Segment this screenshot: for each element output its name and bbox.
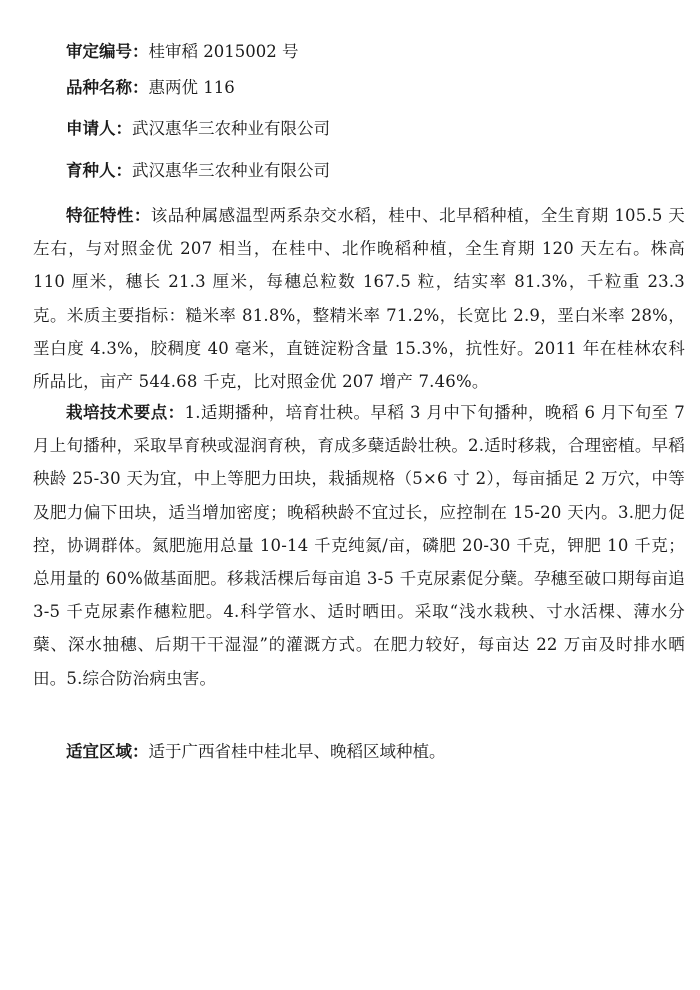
breeder-value: 武汉惠华三农种业有限公司	[132, 161, 330, 180]
cultivation-label: 栽培技术要点：	[66, 403, 185, 422]
cultivation-paragraph: 栽培技术要点：1.适期播种，培育壮秧。早稻 3 月中下旬播种，晚稻 6 月下旬至…	[33, 396, 685, 695]
approval-number-line: 审定编号：桂审稻 2015002 号	[66, 41, 298, 63]
suitable-region-label: 适宜区域：	[66, 742, 149, 761]
applicant-value: 武汉惠华三农种业有限公司	[132, 119, 330, 138]
breeder-label: 育种人：	[66, 161, 132, 180]
suitable-region-line: 适宜区域：适于广西省桂中桂北早、晚稻区域种植。	[66, 741, 446, 763]
applicant-line: 申请人：武汉惠华三农种业有限公司	[66, 118, 330, 140]
characteristics-label: 特征特性：	[66, 206, 151, 225]
approval-number-label: 审定编号：	[66, 42, 149, 61]
variety-name-label: 品种名称：	[66, 78, 149, 97]
suitable-region-value: 适于广西省桂中桂北早、晚稻区域种植。	[149, 742, 446, 761]
applicant-label: 申请人：	[66, 119, 132, 138]
cultivation-text: 1.适期播种，培育壮秧。早稻 3 月中下旬播种，晚稻 6 月下旬至 7 月上旬播…	[33, 403, 685, 688]
variety-name-value: 惠两优 116	[149, 78, 235, 97]
characteristics-paragraph: 特征特性：该品种属感温型两系杂交水稻，桂中、北早稻种植，全生育期 105.5 天…	[33, 199, 685, 398]
document-page: 审定编号：桂审稻 2015002 号 品种名称：惠两优 116 申请人：武汉惠华…	[0, 0, 700, 990]
breeder-line: 育种人：武汉惠华三农种业有限公司	[66, 160, 330, 182]
approval-number-value: 桂审稻 2015002 号	[149, 42, 299, 61]
characteristics-text: 该品种属感温型两系杂交水稻，桂中、北早稻种植，全生育期 105.5 天左右，与对…	[33, 206, 685, 391]
variety-name-line: 品种名称：惠两优 116	[66, 77, 235, 99]
